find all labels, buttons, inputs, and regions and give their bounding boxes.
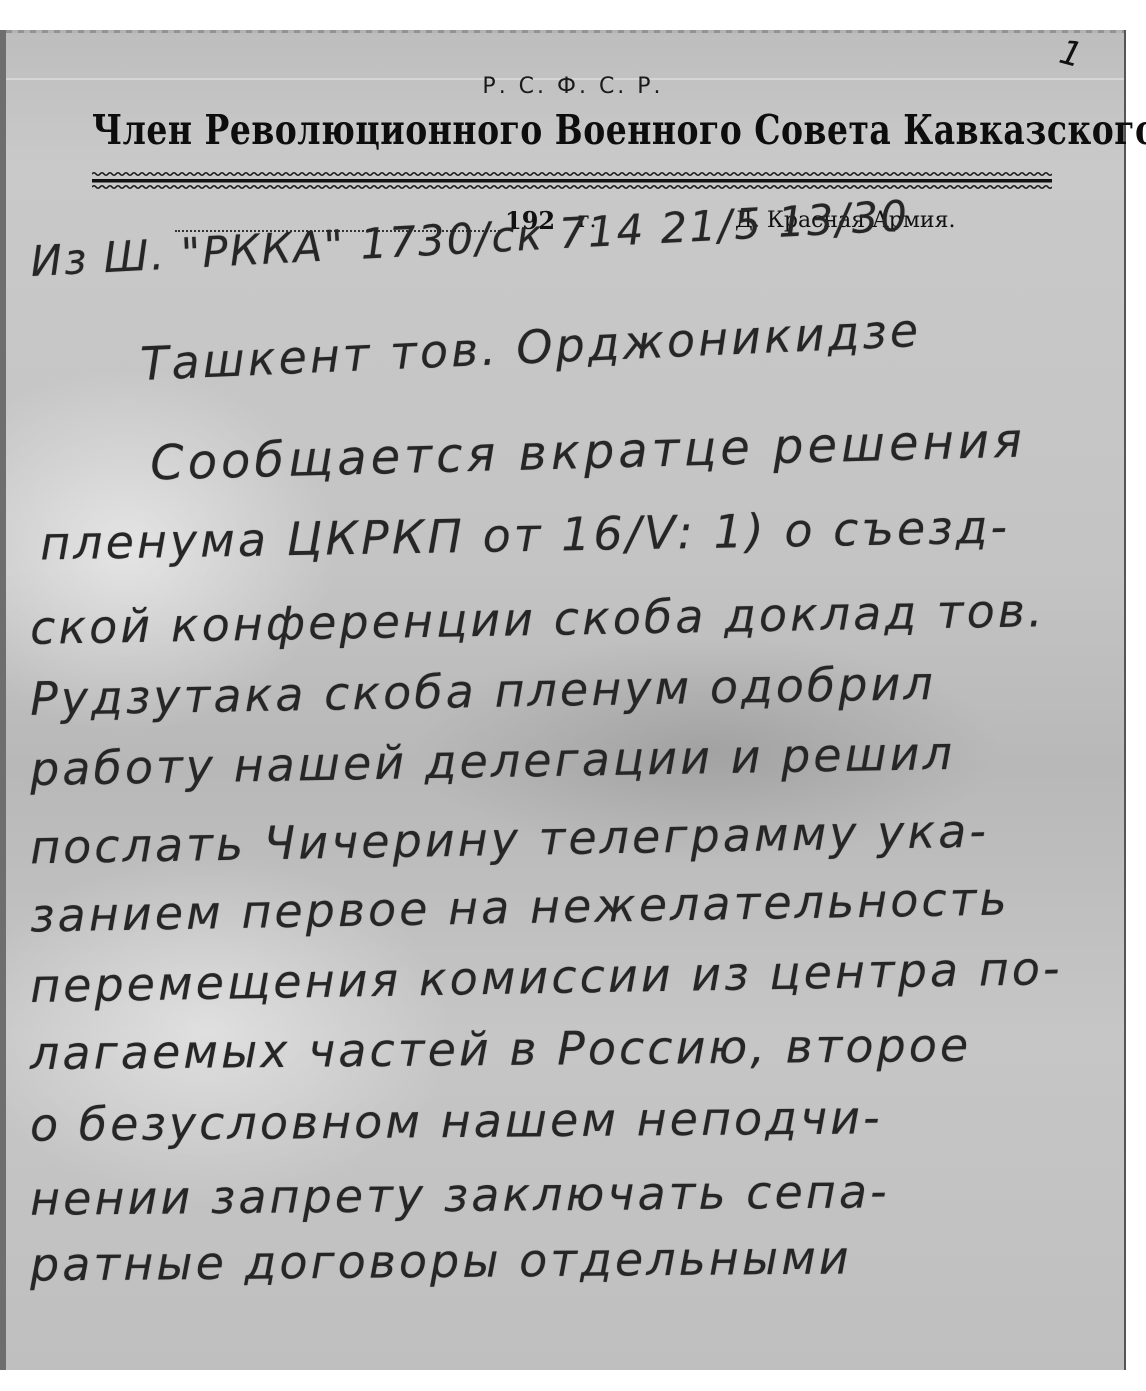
letterhead-title: Член Революционного Военного Совета Кавк… xyxy=(92,105,1054,154)
letterhead-state: Р. С. Ф. С. Р. xyxy=(0,74,1146,99)
handwritten-line: лагаемых частей в Россию, второе xyxy=(30,1018,972,1080)
handwritten-line: нении запрету заключать сепа- xyxy=(30,1164,890,1225)
handwritten-line: ратные договоры отдельными xyxy=(30,1230,852,1291)
ornamental-rule xyxy=(92,170,1052,192)
handwritten-line: о безусловном нашем неподчи- xyxy=(30,1090,883,1151)
